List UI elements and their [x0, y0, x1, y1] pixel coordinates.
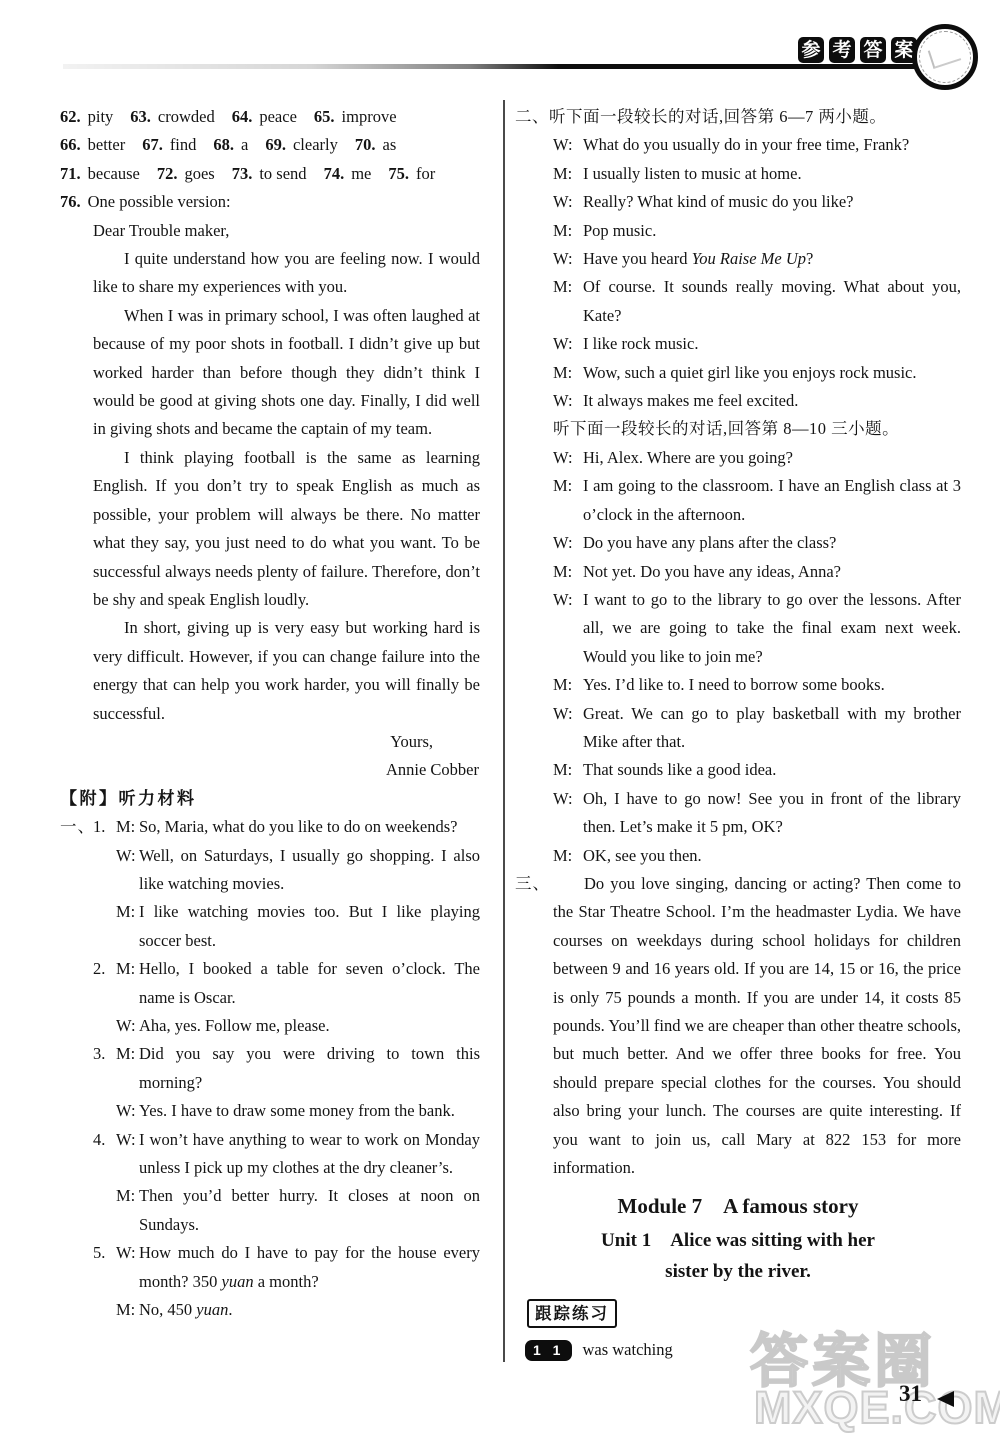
answer-text: improve — [342, 107, 397, 126]
dialogue-text: Have you heard You Raise Me Up? — [583, 249, 813, 268]
practice-section-label: 跟踪练习 — [527, 1299, 617, 1328]
answer-key-title-badges: 参考答案 — [798, 37, 917, 63]
column-divider — [503, 100, 505, 1362]
speaker-label: W: — [553, 330, 573, 358]
dialogue-item: 4.W:I won’t have anything to wear to wor… — [60, 1126, 480, 1240]
answer-key-badge-char: 考 — [829, 37, 855, 63]
answer-text: crowded — [158, 107, 215, 126]
dialogue-text: Yes. I’d like to. I need to borrow some … — [583, 675, 885, 694]
answer-text: clearly — [293, 135, 338, 154]
speaker-label: M: — [553, 756, 572, 784]
dialogue-line: W:Well, on Saturdays, I usually go shopp… — [60, 842, 480, 899]
watermark-site-text: MXQE.COM — [754, 1382, 1000, 1434]
dialogue-text: Pop music. — [583, 221, 656, 240]
dialogue-line: M:Not yet. Do you have any ideas, Anna? — [515, 558, 961, 586]
dialogue-text: Did you say you were driving to town thi… — [139, 1044, 480, 1091]
answer-text: to send — [259, 164, 306, 183]
unit-heading: Unit 1 Alice was sitting with hersister … — [515, 1225, 961, 1287]
dialogue-text: Of course. It sounds really moving. What… — [583, 277, 961, 324]
dialogue-text: Aha, yes. Follow me, please. — [139, 1016, 330, 1035]
speaker-label: W: — [116, 842, 136, 870]
dialogue-line: M:I usually listen to music at home. — [515, 160, 961, 188]
dialogue-text: I like rock music. — [583, 334, 698, 353]
letter-paragraph: When I was in primary school, I was ofte… — [93, 302, 480, 444]
dialogue-line: M:That sounds like a good idea. — [515, 756, 961, 784]
speaker-label: M: — [116, 1040, 135, 1068]
answer-item: 68.a — [213, 131, 248, 159]
dialogue-line: W:Aha, yes. Follow me, please. — [60, 1012, 480, 1040]
dialogue-text: Well, on Saturdays, I usually go shoppin… — [139, 846, 480, 893]
dialogue-line: W:Have you heard You Raise Me Up? — [515, 245, 961, 273]
dialogue-text: I won’t have anything to wear to work on… — [139, 1130, 480, 1177]
answer-text: as — [383, 135, 397, 154]
dialogue-text: That sounds like a good idea. — [583, 760, 776, 779]
section-marker: 三、 — [515, 870, 550, 898]
speaker-label: W: — [553, 700, 573, 728]
speaker-label: W: — [553, 444, 573, 472]
speaker-label: W: — [553, 131, 573, 159]
speaker-label: W: — [553, 785, 573, 813]
answer-item: 63.crowded — [130, 103, 214, 131]
answer-number: 75. — [388, 164, 409, 183]
speaker-label: M: — [553, 842, 572, 870]
dialogue-line: 2.M:Hello, I booked a table for seven o’… — [60, 955, 480, 1012]
dialogue-line: W:I want to go to the library to go over… — [515, 586, 961, 671]
answer-number: 68. — [213, 135, 234, 154]
answer-number: 65. — [314, 107, 335, 126]
dialogue-line: 5.W:How much do I have to pay for the ho… — [60, 1239, 480, 1296]
answer-item: 62.pity — [60, 103, 113, 131]
dialogue-text: No, 450 yuan. — [139, 1300, 233, 1319]
letter-signature: Annie Cobber — [93, 756, 480, 784]
dialogue-line: W:Yes. I have to draw some money from th… — [60, 1097, 480, 1125]
question-number-badge: 1 1 — [525, 1340, 572, 1361]
dialogue-text: Do you have any plans after the class? — [583, 533, 836, 552]
dialogue-text: Yes. I have to draw some money from the … — [139, 1101, 455, 1120]
question-number: 4. — [93, 1126, 105, 1154]
speaker-label: W: — [553, 529, 573, 557]
dialogue-line: W:It always makes me feel excited. — [515, 387, 961, 415]
letter-paragraph: I think playing football is the same as … — [93, 444, 480, 614]
dialogue-line: M:Of course. It sounds really moving. Wh… — [515, 273, 961, 330]
speaker-label: M: — [116, 898, 135, 926]
section-heading-8-10: 听下面一段较长的对话,回答第 8—10 三小题。 — [553, 415, 961, 443]
dialogue-item: 一、1.M:So, Maria, what do you like to do … — [60, 813, 480, 955]
dialogue-item: 2.M:Hello, I booked a table for seven o’… — [60, 955, 480, 1040]
answer-item: 64.peace — [232, 103, 297, 131]
answer-number: 63. — [130, 107, 151, 126]
answer-number: 62. — [60, 107, 81, 126]
question-number: 2. — [93, 955, 105, 983]
letter-closing: Yours, — [93, 728, 480, 756]
dialogue-line: M:I like watching movies too. But I like… — [60, 898, 480, 955]
dialogue-text: I usually listen to music at home. — [583, 164, 802, 183]
dialogue-text: Oh, I have to go now! See you in front o… — [583, 789, 961, 836]
answer-number: 74. — [324, 164, 345, 183]
page-number: 31 — [899, 1381, 922, 1407]
answer-item: 74.me — [324, 160, 372, 188]
answer-number: 72. — [157, 164, 178, 183]
dialogue-text: It always makes me feel excited. — [583, 391, 798, 410]
right-column: 二、听下面一段较长的对话,回答第 6—7 两小题。W:What do you u… — [515, 103, 961, 1365]
dialogue-item: 5.W:How much do I have to pay for the ho… — [60, 1239, 480, 1324]
dialogue-text: Not yet. Do you have any ideas, Anna? — [583, 562, 841, 581]
speaker-label: W: — [116, 1126, 136, 1154]
speaker-label: M: — [553, 160, 572, 188]
question-number: 5. — [93, 1239, 105, 1267]
answer-item: 70.as — [355, 131, 396, 159]
speaker-label: M: — [553, 217, 572, 245]
section-heading-6-7: 二、听下面一段较长的对话,回答第 6—7 两小题。 — [515, 103, 961, 131]
answer-text: was watching — [582, 1336, 672, 1364]
dialogue-text: I want to go to the library to go over t… — [583, 590, 961, 666]
header-rule — [63, 64, 948, 69]
publisher-seal-icon — [912, 24, 978, 90]
dialogue-line: 一、1.M:So, Maria, what do you like to do … — [60, 813, 480, 841]
dialogue-text: Then you’d better hurry. It closes at no… — [139, 1186, 480, 1233]
answer-number: 64. — [232, 107, 253, 126]
speaker-label: M: — [553, 273, 572, 301]
speaker-label: M: — [553, 472, 572, 500]
answer-text: better — [88, 135, 126, 154]
first-answer-row: 1 1was watching — [525, 1336, 961, 1364]
answer-item: 72.goes — [157, 160, 215, 188]
letter-paragraph: In short, giving up is very easy but wor… — [93, 614, 480, 728]
speaker-label: M: — [553, 359, 572, 387]
answer-item: 69.clearly — [265, 131, 338, 159]
answer-line: 76.One possible version: — [60, 188, 480, 216]
speaker-label: M: — [116, 955, 135, 983]
dialogue-text: I like watching movies too. But I like p… — [139, 902, 480, 949]
answer-text: because — [88, 164, 140, 183]
dialogue-line: W:Do you have any plans after the class? — [515, 529, 961, 557]
answer-text: goes — [184, 164, 214, 183]
dialogue-line: W:Great. We can go to play basketball wi… — [515, 700, 961, 757]
dialogue-line: M:Pop music. — [515, 217, 961, 245]
unit-heading-line: Unit 1 Alice was sitting with her — [515, 1225, 961, 1256]
answer-item: 67.find — [142, 131, 196, 159]
dialogue-text: Wow, such a quiet girl like you enjoys r… — [583, 363, 917, 382]
dialogue-text: Hi, Alex. Where are you going? — [583, 448, 793, 467]
dialogue-line: M:Yes. I’d like to. I need to borrow som… — [515, 671, 961, 699]
speaker-label: W: — [553, 188, 573, 216]
speaker-label: M: — [116, 1182, 135, 1210]
dialogue-line: M:I am going to the classroom. I have an… — [515, 472, 961, 529]
dialogue-line: M:Then you’d better hurry. It closes at … — [60, 1182, 480, 1239]
speaker-label: M: — [553, 558, 572, 586]
unit-heading-line: sister by the river. — [515, 1256, 961, 1287]
answer-item: 76.One possible version: — [60, 188, 231, 216]
answer-number: 66. — [60, 135, 81, 154]
monologue-text: Do you love singing, dancing or acting? … — [553, 874, 961, 1177]
answer-text: One possible version: — [88, 192, 231, 211]
speaker-label: W: — [116, 1239, 136, 1267]
speaker-label: W: — [553, 387, 573, 415]
answer-line: 62.pity63.crowded64.peace65.improve — [60, 103, 480, 131]
speaker-label: W: — [553, 586, 573, 614]
answer-item: 65.improve — [314, 103, 397, 131]
dialogue-text: What do you usually do in your free time… — [583, 135, 909, 154]
answer-number: 76. — [60, 192, 81, 211]
dialogue-line: W:Really? What kind of music do you like… — [515, 188, 961, 216]
speaker-label: M: — [553, 671, 572, 699]
dialogue-text: OK, see you then. — [583, 846, 702, 865]
letter-paragraph: I quite understand how you are feeling n… — [93, 245, 480, 302]
speaker-label: M: — [116, 1296, 135, 1324]
answer-text: for — [416, 164, 435, 183]
speaker-label: M: — [116, 813, 135, 841]
answer-key-page: 参考答案 62.pity63.crowded64.peace65.improve… — [0, 0, 1000, 1447]
answer-item: 73.to send — [232, 160, 307, 188]
answer-number: 70. — [355, 135, 376, 154]
answer-number: 69. — [265, 135, 286, 154]
answer-item: 75.for — [388, 160, 435, 188]
answer-item: 66.better — [60, 131, 125, 159]
section-marker: 一、 — [60, 813, 95, 841]
module-heading: Module 7 A famous story — [515, 1191, 961, 1221]
answer-number: 67. — [142, 135, 163, 154]
dialogue-text: How much do I have to pay for the house … — [139, 1243, 480, 1290]
dialogue-text: Hello, I booked a table for seven o’cloc… — [139, 959, 480, 1006]
answer-text: pity — [88, 107, 114, 126]
speaker-label: W: — [116, 1097, 136, 1125]
dialogue-line: W:I like rock music. — [515, 330, 961, 358]
answer-key-badge-char: 答 — [860, 37, 886, 63]
dialogue-line: M:OK, see you then. — [515, 842, 961, 870]
page-corner-arrow-icon — [937, 1391, 954, 1407]
answer-number: 71. — [60, 164, 81, 183]
speaker-label: W: — [116, 1012, 136, 1040]
question-number: 1. — [93, 813, 105, 841]
letter-salutation: Dear Trouble maker, — [93, 217, 480, 245]
dialogue-line: W:Oh, I have to go now! See you in front… — [515, 785, 961, 842]
answer-text: me — [351, 164, 371, 183]
listening-monologue: 三、Do you love singing, dancing or acting… — [515, 870, 961, 1182]
answer-number: 73. — [232, 164, 253, 183]
answer-line: 71.because72.goes73.to send74.me75.for — [60, 160, 480, 188]
dialogue-line: M:No, 450 yuan. — [60, 1296, 480, 1324]
left-column: 62.pity63.crowded64.peace65.improve66.be… — [60, 103, 480, 1324]
model-essay: Dear Trouble maker,I quite understand ho… — [93, 217, 480, 785]
answer-text: a — [241, 135, 248, 154]
answer-item: 71.because — [60, 160, 140, 188]
dialogue-text: Great. We can go to play basketball with… — [583, 704, 961, 751]
dialogue-item: 3.M:Did you say you were driving to town… — [60, 1040, 480, 1125]
dialogue-line: M:Wow, such a quiet girl like you enjoys… — [515, 359, 961, 387]
answer-key-badge-char: 参 — [798, 37, 824, 63]
dialogue-line: 3.M:Did you say you were driving to town… — [60, 1040, 480, 1097]
speaker-label: W: — [553, 245, 573, 273]
dialogue-text: I am going to the classroom. I have an E… — [583, 476, 961, 523]
answer-text: peace — [259, 107, 297, 126]
dialogue-line: W:What do you usually do in your free ti… — [515, 131, 961, 159]
dialogue-text: Really? What kind of music do you like? — [583, 192, 854, 211]
answer-text: find — [170, 135, 197, 154]
listening-material-label: 【附】听力材料 — [60, 785, 480, 813]
answer-line: 66.better67.find68.a69.clearly70.as — [60, 131, 480, 159]
dialogue-text: So, Maria, what do you like to do on wee… — [139, 817, 457, 836]
dialogue-line: W:Hi, Alex. Where are you going? — [515, 444, 961, 472]
question-number: 3. — [93, 1040, 105, 1068]
dialogue-line: 4.W:I won’t have anything to wear to wor… — [60, 1126, 480, 1183]
